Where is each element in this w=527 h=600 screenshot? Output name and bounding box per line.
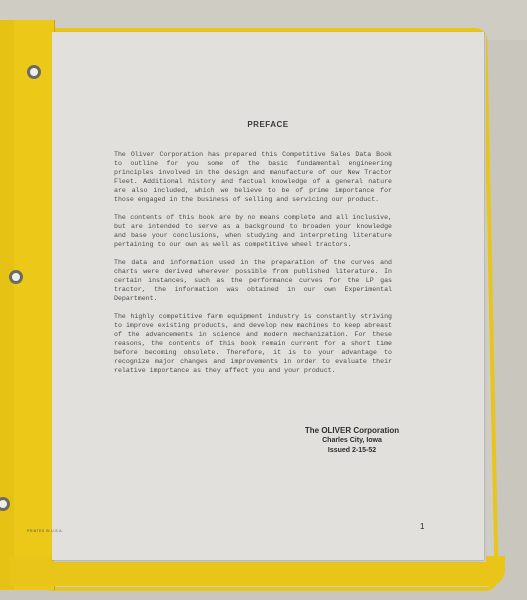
preface-body: The Oliver Corporation has prepared this…	[114, 150, 392, 384]
signature-issued-date: Issued 2-15-52	[282, 446, 422, 456]
paragraph: The highly competitive farm equipment in…	[114, 312, 392, 375]
binder-ring-icon	[9, 270, 23, 284]
document-page: PREFACE The Oliver Corporation has prepa…	[52, 32, 484, 560]
printed-in-usa-note: PRINTED IN U.S.A.	[27, 529, 63, 533]
signature-block: The OLIVER Corporation Charles City, Iow…	[282, 425, 422, 456]
paragraph: The contents of this book are by no mean…	[114, 213, 392, 249]
paragraph: The Oliver Corporation has prepared this…	[114, 150, 392, 204]
signature-location: Charles City, Iowa	[282, 436, 422, 446]
page-title: PREFACE	[52, 120, 484, 129]
binder-flap	[14, 20, 55, 590]
paragraph: The data and information used in the pre…	[114, 258, 392, 303]
signature-company: The OLIVER Corporation	[282, 425, 422, 436]
page-number: 1	[420, 522, 424, 531]
binder-ring-icon	[27, 65, 41, 79]
